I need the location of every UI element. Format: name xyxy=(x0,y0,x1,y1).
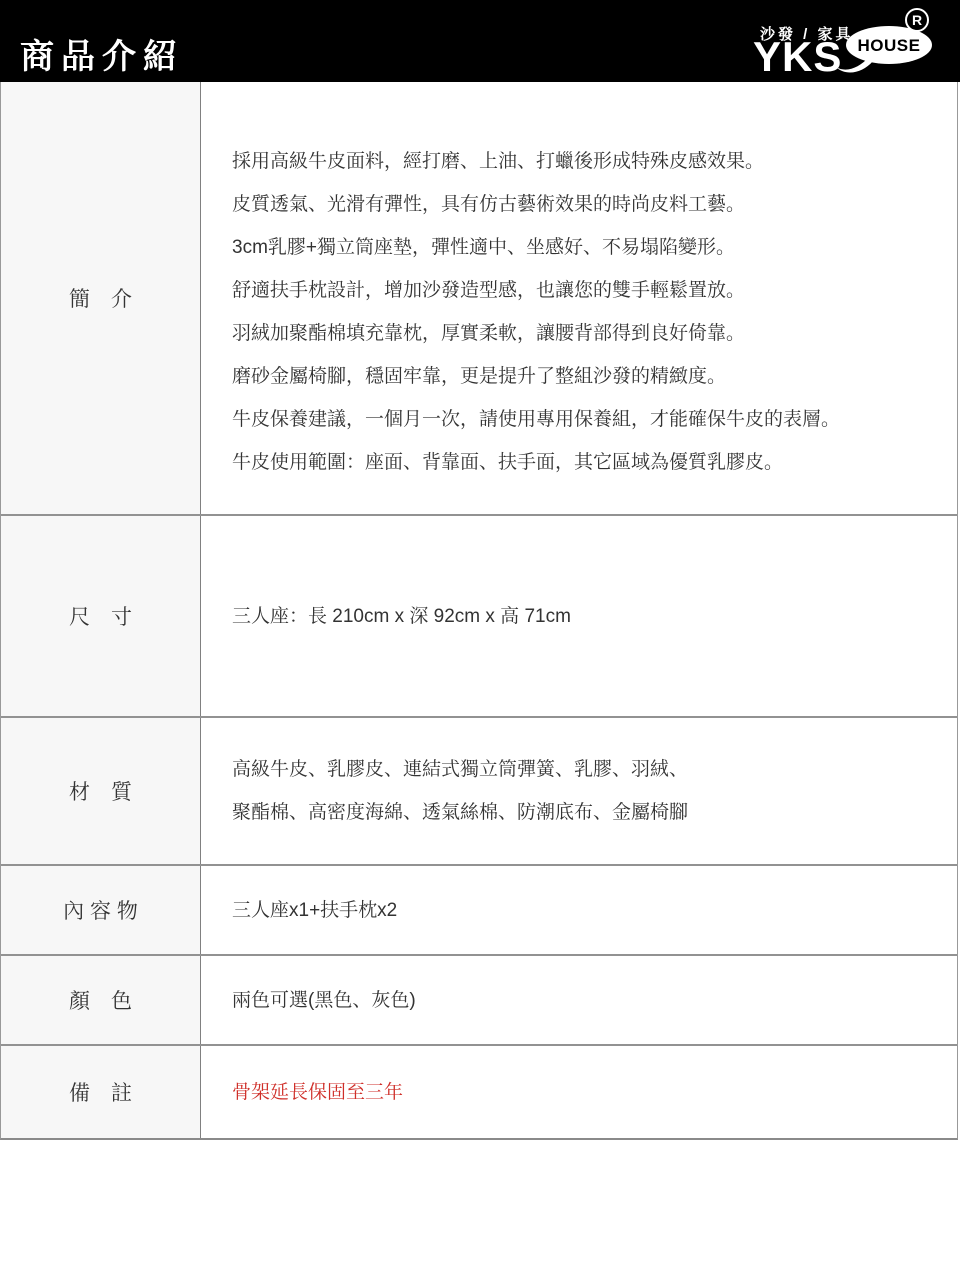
material-line: 高級牛皮、乳膠皮、連結式獨立筒彈簧、乳膠、羽絨、 xyxy=(232,748,937,791)
brand-logo: 沙發 / 家具 YKS HOUSE R xyxy=(745,5,935,80)
spec-row-note: 備 註 骨架延長保固至三年 xyxy=(1,1044,957,1138)
spec-row-material: 材 質 高級牛皮、乳膠皮、連結式獨立筒彈簧、乳膠、羽絨、 聚酯棉、高密度海綿、透… xyxy=(1,716,957,864)
color-line: 兩色可選(黑色、灰色) xyxy=(232,979,937,1022)
row-content-note: 骨架延長保固至三年 xyxy=(201,1046,957,1138)
spec-row-contents: 內 容 物 三人座x1+扶手枕x2 xyxy=(1,864,957,954)
spec-row-dimensions: 尺 寸 三人座：長 210cm x 深 92cm x 高 71cm xyxy=(1,514,957,716)
row-content-contents: 三人座x1+扶手枕x2 xyxy=(201,866,957,954)
spec-row-color: 顏 色 兩色可選(黑色、灰色) xyxy=(1,954,957,1044)
registered-mark-letter: R xyxy=(912,12,922,28)
row-content-material: 高級牛皮、乳膠皮、連結式獨立筒彈簧、乳膠、羽絨、 聚酯棉、高密度海綿、透氣絲棉、… xyxy=(201,718,957,864)
row-label-material: 材 質 xyxy=(1,718,201,864)
dimensions-line: 三人座：長 210cm x 深 92cm x 高 71cm xyxy=(232,595,937,638)
spec-row-intro: 簡 介 採用高級牛皮面料，經打磨、上油、打蠟後形成特殊皮感效果。 皮質透氣、光滑… xyxy=(1,82,957,514)
row-content-color: 兩色可選(黑色、灰色) xyxy=(201,956,957,1044)
row-label-color: 顏 色 xyxy=(1,956,201,1044)
brand-logo-graphic: 沙發 / 家具 YKS HOUSE R xyxy=(745,5,935,80)
product-intro-page: 商品介紹 沙發 / 家具 YKS HOUSE R 簡 介 採用高級牛皮面料，經打… xyxy=(0,0,960,1284)
contents-line: 三人座x1+扶手枕x2 xyxy=(232,889,937,932)
intro-line: 牛皮使用範圍：座面、背靠面、扶手面，其它區域為優質乳膠皮。 xyxy=(232,441,937,484)
material-line: 聚酯棉、高密度海綿、透氣絲棉、防潮底布、金屬椅腳 xyxy=(232,791,937,834)
logo-brand-text: YKS xyxy=(753,33,842,80)
header-bar: 商品介紹 沙發 / 家具 YKS HOUSE R xyxy=(0,0,960,82)
intro-line: 舒適扶手枕設計，增加沙發造型感，也讓您的雙手輕鬆置放。 xyxy=(232,269,937,312)
logo-bubble-text: HOUSE xyxy=(858,36,921,55)
row-label-intro: 簡 介 xyxy=(1,82,201,514)
intro-line: 羽絨加聚酯棉填充靠枕，厚實柔軟，讓腰背部得到良好倚靠。 xyxy=(232,312,937,355)
row-label-contents: 內 容 物 xyxy=(1,866,201,954)
intro-line: 皮質透氣、光滑有彈性，具有仿古藝術效果的時尚皮料工藝。 xyxy=(232,183,937,226)
note-line: 骨架延長保固至三年 xyxy=(232,1071,937,1114)
intro-line: 3cm乳膠+獨立筒座墊，彈性適中、坐感好、不易塌陷變形。 xyxy=(232,226,937,269)
intro-line: 牛皮保養建議，一個月一次，請使用專用保養組，才能確保牛皮的表層。 xyxy=(232,398,937,441)
page-title: 商品介紹 xyxy=(20,40,184,74)
spec-table: 簡 介 採用高級牛皮面料，經打磨、上油、打蠟後形成特殊皮感效果。 皮質透氣、光滑… xyxy=(0,82,958,1140)
row-content-dimensions: 三人座：長 210cm x 深 92cm x 高 71cm xyxy=(201,516,957,716)
row-content-intro: 採用高級牛皮面料，經打磨、上油、打蠟後形成特殊皮感效果。 皮質透氣、光滑有彈性，… xyxy=(201,82,957,514)
row-label-note: 備 註 xyxy=(1,1046,201,1138)
intro-line: 採用高級牛皮面料，經打磨、上油、打蠟後形成特殊皮感效果。 xyxy=(232,140,937,183)
row-label-dimensions: 尺 寸 xyxy=(1,516,201,716)
intro-line: 磨砂金屬椅腳，穩固牢靠，更是提升了整組沙發的精緻度。 xyxy=(232,355,937,398)
